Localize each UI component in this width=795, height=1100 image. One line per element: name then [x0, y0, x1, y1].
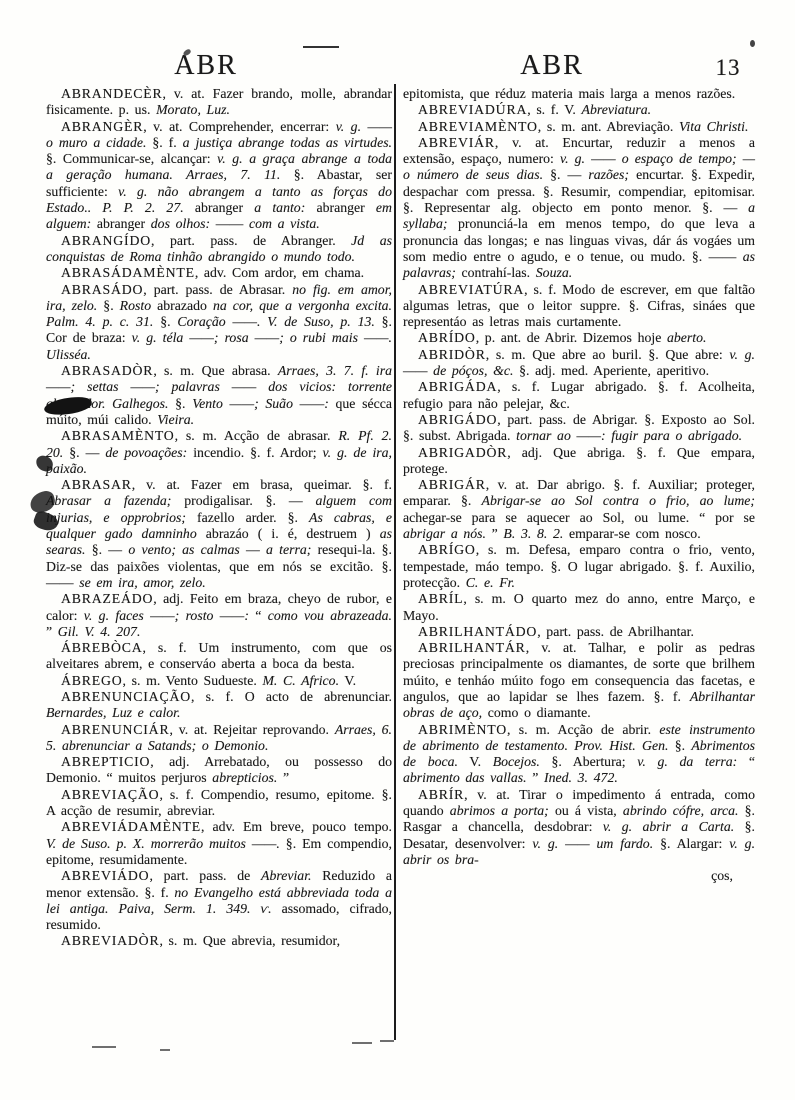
entry-abridor: ABRIDÒR, s. m. Que abre ao buril. §. Que…: [403, 347, 755, 380]
entry-text: abrazáo ( i. é, destruem ): [197, 526, 380, 541]
headword: ABREVIADÚRA: [418, 102, 527, 117]
entry-text: , s. f. V.: [527, 102, 581, 117]
headword: ABRIGADÒR: [418, 445, 507, 460]
entry-text: M. C. Africo.: [262, 673, 339, 688]
entry-text: Souza.: [536, 265, 572, 280]
entry-text: incendio. §. f. Ardor;: [187, 445, 322, 460]
entry-text: Vento ——; Suão ——:: [192, 396, 329, 411]
entry-text: , s. m. Vento Sudueste.: [123, 673, 263, 688]
headword: ABRÍDO: [418, 330, 476, 345]
headword: ABREVIAMÈNTO: [418, 119, 538, 134]
entry-abrigar: ABRIGÁR, v. at. Dar abrigo. §. f. Auxili…: [403, 477, 755, 542]
entry-text: o vento; as calmas: [128, 542, 239, 557]
entry-text: , part. pass. de: [149, 868, 261, 883]
entry-text: Ined. 3. 472.: [544, 770, 618, 785]
entry-abrazeado: ABRAZEÁDO, adj. Feito em braza, cheyo de…: [46, 591, 392, 640]
entry-text: abrimento das vallas.: [403, 770, 527, 785]
headword: ABRILHANTÁDO: [418, 624, 537, 639]
entry-abrasar: ABRASAR, v. at. Fazer em brasa, queimar.…: [46, 477, 392, 591]
entry-text: Gil. V. 4. 207.: [58, 624, 141, 639]
headword: ABREVIATÚRA: [418, 282, 524, 297]
entry-text: se em ira, amor, zelo.: [79, 575, 205, 590]
headword: ABRASÁDAMÈNTE: [61, 265, 195, 280]
entry-abreviadura: ABREVIADÚRA, s. f. V. Abreviatura.: [403, 102, 755, 118]
entry-abrenunciacao: ABRENUNCIAÇÃO, s. f. O acto de abrenunci…: [46, 689, 392, 722]
entry-text: prodigalisar. §. —: [171, 493, 315, 508]
entry-text: Bernardes, Luz e calor.: [46, 705, 180, 720]
entry-text: dos olhos:: [151, 216, 210, 231]
entry-text: §.: [668, 738, 691, 753]
headword: ABRIGÁR: [418, 477, 486, 492]
headword: ABRAZEÁDO: [61, 591, 153, 606]
entry-text: de povoações:: [105, 445, 187, 460]
entry-text: §. Abertura;: [540, 754, 637, 769]
entry-text: , v. at. Comprehender, encerrar:: [143, 119, 335, 134]
entry-abreviamento: ABREVIAMÈNTO, s. m. ant. Abreviação. Vit…: [403, 119, 755, 135]
entry-text: abranger: [305, 200, 376, 215]
entry-text: §. —: [543, 167, 588, 182]
entry-text: v. g. abrir a Carta.: [603, 819, 734, 834]
entry-abrangido: ABRANGÍDO, part. pass. de Abranger. Jd a…: [46, 233, 392, 266]
scan-noise-mark: [303, 46, 339, 48]
headword: ABRIDÒR: [418, 347, 486, 362]
entry-abrido: ABRÍDO, p. ant. de Abrir. Dizemos hoje a…: [403, 330, 755, 346]
entry-text: pronunciá-la em menos tempo, do que leva…: [403, 216, 755, 264]
headword: ÁBREBÒCA: [61, 640, 143, 655]
dictionary-page-scan: ABR ABR 13 ABRANDECÈR, v. at. Fazer bran…: [0, 0, 795, 1100]
entry-text: “: [249, 608, 268, 623]
headword: ABRANDECÈR: [61, 86, 163, 101]
entry-text: v. g. faces ——; rosto ——:: [84, 608, 249, 623]
entry-text: , s. m. Acção de abrir.: [507, 722, 659, 737]
entry-abril: ABRÍL, s. m. O quarto mez do anno, entre…: [403, 591, 755, 624]
entry-text: , s. m. ant. Abreviação.: [538, 119, 679, 134]
entry-text: , s. m. Que abrevia, resumidor,: [159, 933, 340, 948]
entry-text: , part. pass. de Abrasar.: [143, 282, 292, 297]
entry-text: Bocejos.: [493, 754, 540, 769]
entry-text: abrigar a nós.: [403, 526, 486, 541]
entry-abreviadamente: ABREVIÁDAMÈNTE, adv. Em breve, pouco tem…: [46, 819, 392, 868]
entry-text: , part. pass. de Abranger.: [151, 233, 351, 248]
headword: ABRENUNCIAÇÃO: [61, 689, 191, 704]
headword: ABRANGÍDO: [61, 233, 151, 248]
entry-abreviar: ABREVIÁR, v. at. Encurtar, reduzir a men…: [403, 135, 755, 282]
headword: ABRASÁDO: [61, 282, 143, 297]
entry-text: §. adj. med. Aperiente, aperitivo.: [513, 363, 709, 378]
entry-text: razões;: [588, 167, 629, 182]
entry-text: Vieira.: [157, 412, 194, 427]
entry-text: abrindo cófre, arca.: [623, 803, 739, 818]
entry-text: Coração ——. V. de Suso, p. 13.: [177, 314, 374, 329]
entry-text: abranger: [184, 200, 255, 215]
entry-text: “: [737, 754, 755, 769]
entry-text: , s. m. Que abrasa.: [153, 363, 278, 378]
entry-abrandecer: ABRANDECÈR, v. at. Fazer brando, molle, …: [46, 86, 392, 119]
entry-abreviador: ABREVIADÒR, s. m. Que abrevia, resumidor…: [46, 933, 392, 949]
entry-text: , s. f. O acto de abrenunciar.: [191, 689, 392, 704]
entry-text: ”: [46, 624, 58, 639]
entry-text: V.: [458, 754, 493, 769]
entry-abrasado: ABRASÁDO, part. pass. de Abrasar. no fig…: [46, 282, 392, 363]
scan-noise-mark: [750, 40, 755, 47]
entry-text: C. e. Fr.: [466, 575, 515, 590]
entry-abrir: ABRÍR, v. at. Tirar o impedimento á entr…: [403, 787, 755, 868]
entry-text: , part. pass. de Abrilhantar.: [537, 624, 694, 639]
scan-noise-mark: [160, 1049, 170, 1051]
entry-abrigado: ABRIGÁDO, part. pass. de Abrigar. §. Exp…: [403, 412, 755, 445]
entry-text: §.: [97, 298, 119, 313]
entry-text: , v. at. Fazer em brasa, queimar. §. f.: [132, 477, 392, 492]
running-head-left: ABR: [20, 50, 392, 82]
entry-text: ——: [210, 216, 249, 231]
headword: ABRÍGO: [418, 542, 476, 557]
headword: ABRÍL: [418, 591, 463, 606]
entry-abreviatura: ABREVIATÚRA, s. f. Modo de escrever, em …: [403, 282, 755, 331]
column-divider-rule: [394, 84, 396, 1040]
entry-text: com a vista.: [249, 216, 320, 231]
entry-text: abrimos a porta;: [450, 803, 549, 818]
headword: ÁBREGO: [61, 673, 123, 688]
entry-abrepticio: ABREPTICIO, adj. Arrebatado, ou possesso…: [46, 754, 392, 787]
entry-text: Morato, Luz.: [156, 102, 230, 117]
entry-abrigo: ABRÍGO, s. m. Defesa, emparo contra o fr…: [403, 542, 755, 591]
entry-abrigada: ABRIGÁDA, s. f. Lugar abrigado. §. f. Ac…: [403, 379, 755, 412]
headword: ABRASADÒR: [61, 363, 153, 378]
scan-noise-mark: [352, 1042, 372, 1044]
headword: ABREVIAÇÃO: [61, 787, 159, 802]
entry-abrenunciar: ABRENUNCIÁR, v. at. Rejeitar reprovando.…: [46, 722, 392, 755]
entry-text: achegar-se para se aquecer ao Sol, ou lu…: [403, 510, 755, 525]
entry-text: §. —: [85, 542, 128, 557]
entry-text: B. 3. 8. 2.: [503, 526, 563, 541]
entry-abrasadamente: ABRASÁDAMÈNTE, adv. Com ardor, em chama.: [46, 265, 392, 281]
headword: ABRANGÈR: [61, 119, 143, 134]
entry-text: , s. m. Que abre ao buril. §. Que abre:: [486, 347, 730, 362]
headword: ABREVIADÒR: [61, 933, 159, 948]
entry-abrego: ÁBREGO, s. m. Vento Sudueste. M. C. Afri…: [46, 673, 392, 689]
entry-text: §. Alargar:: [653, 836, 729, 851]
scan-noise-mark: [380, 1040, 394, 1042]
entry-text: abrepticios.: [212, 770, 277, 785]
entry-abrasador: ABRASADÒR, s. m. Que abrasa. Arraes, 3. …: [46, 363, 392, 428]
entry-text: Abreviar.: [261, 868, 311, 883]
entry-text: v. g. da terra:: [637, 754, 737, 769]
headword: ABRASAMÈNTO: [61, 428, 175, 443]
headword: ABRILHANTÁR: [418, 640, 526, 655]
entry-text: aberto.: [667, 330, 706, 345]
entry-text: Abreviatura.: [582, 102, 652, 117]
entry-abreviacao: ABREVIAÇÃO, s. f. Compendio, resumo, epi…: [46, 787, 392, 820]
headword: ABRIGÁDO: [418, 412, 497, 427]
entry-text: V.: [339, 673, 356, 688]
entry-abrilhantado: ABRILHANTÁDO, part. pass. de Abrilhantar…: [403, 624, 755, 640]
entry-abrasamento: ABRASAMÈNTO, s. m. Acção de abrasar. R. …: [46, 428, 392, 477]
headword: ABRASAR: [61, 477, 132, 492]
entry-text: §. f.: [146, 135, 182, 150]
entry-text: emparar-se com nosco.: [563, 526, 700, 541]
entry-text: a justiça abrange todas as virtudes.: [183, 135, 392, 150]
right-column: epitomista, que réduz materia mais larga…: [403, 86, 755, 885]
entry-text: ”: [486, 526, 503, 541]
entry-text: como o diamante.: [482, 705, 591, 720]
entry-text: , adv. Em breve, pouco tempo.: [201, 819, 392, 834]
entry-text: abrazado: [151, 298, 213, 313]
entry-text: a terra;: [266, 542, 311, 557]
entry-text: §.: [153, 314, 177, 329]
entry-abreviado: ABREVIÁDO, part. pass. de Abreviar. Redu…: [46, 868, 392, 933]
entry-text: V. de Suso. p. X. morrerão muitos ——.: [46, 836, 280, 851]
entry-abreboca: ÁBREBÒCA, s. f. Um instrumento, com que …: [46, 640, 392, 673]
running-head-right: ABR: [412, 50, 692, 82]
entry-text: , v. at. Rejeitar reprovando.: [169, 722, 334, 737]
entry-text: Abrigar-se ao Sol contra o frio, ao lume…: [482, 493, 755, 508]
headword: ABRÍR: [418, 787, 464, 802]
entry-text: , s. m. Acção de abrasar.: [175, 428, 339, 443]
entry-text: Abrasar a fazenda;: [46, 493, 171, 508]
entry-text: §. —: [63, 445, 105, 460]
scan-noise-mark: [92, 1046, 116, 1048]
entry-text: contrahí-las.: [456, 265, 536, 280]
headword: ABRIMÈNTO: [418, 722, 507, 737]
left-column: ABRANDECÈR, v. at. Fazer brando, molle, …: [46, 86, 392, 950]
entry-text: ou á vista,: [549, 803, 623, 818]
entry-abrilhantar: ABRILHANTÁR, v. at. Talhar, e polir as p…: [403, 640, 755, 721]
entry-text: Vita Christi.: [679, 119, 748, 134]
entry-text: fazello arder. §.: [186, 510, 309, 525]
headword: ABREVIÁR: [418, 135, 495, 150]
entry-text: tornar ao ——: fugir para o abrigado.: [516, 428, 742, 443]
entry-abranger: ABRANGÈR, v. at. Comprehender, encerrar:…: [46, 119, 392, 233]
entry-text: §. Communicar-se, alcançar:: [46, 151, 217, 166]
catchword: ços,: [403, 868, 755, 884]
page-number: 13: [698, 55, 758, 81]
entry-text: §.: [168, 396, 192, 411]
entry-text: como vou abrazeada.: [268, 608, 392, 623]
entry-abreviador-continuacao: epitomista, que réduz materia mais larga…: [403, 86, 755, 102]
entry-abrimento: ABRIMÈNTO, s. m. Acção de abrir. este in…: [403, 722, 755, 787]
entry-text: —: [240, 542, 266, 557]
entry-text: v. g. —— um fardo.: [532, 836, 653, 851]
entry-text: a tanto:: [254, 200, 305, 215]
entry-text: ”: [277, 770, 289, 785]
entry-text: Rosto: [120, 298, 151, 313]
headword: ABREVIÁDAMÈNTE: [61, 819, 201, 834]
entry-text: , p. ant. de Abrir. Dizemos hoje: [476, 330, 667, 345]
entry-abrigador: ABRIGADÒR, adj. Que abriga. §. f. Que em…: [403, 445, 755, 478]
entry-text: epitomista, que réduz materia mais larga…: [403, 86, 735, 101]
headword: ABRENUNCIÁR: [61, 722, 169, 737]
entry-text: ”: [527, 770, 544, 785]
headword: ABRIGÁDA: [418, 379, 497, 394]
headword: ABREPTICIO: [61, 754, 150, 769]
headword: ABREVIÁDO: [61, 868, 149, 883]
entry-text: , adv. Com ardor, em chama.: [195, 265, 364, 280]
entry-text: abranger: [91, 216, 151, 231]
